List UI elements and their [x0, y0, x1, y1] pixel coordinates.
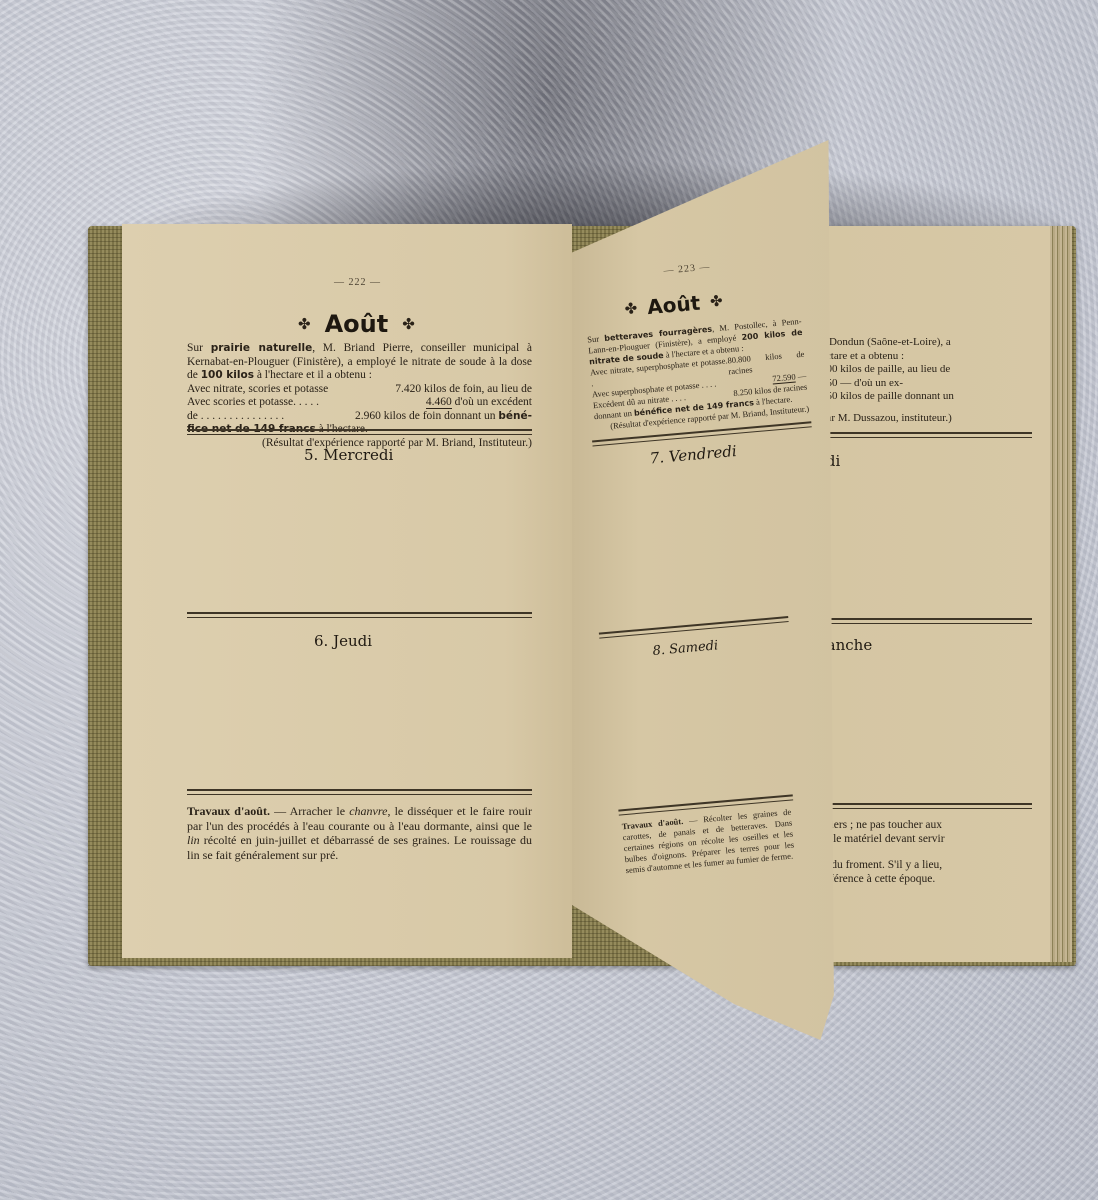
result-row: de . . . . . . . . . . . . . . .2.960 ki… — [187, 410, 532, 424]
double-rule — [599, 616, 789, 639]
travaux-paragraph: Travaux d'août. — Arracher le chanvre, l… — [187, 804, 532, 862]
month-heading: ✤ Août ✤ — [624, 289, 724, 321]
double-rule — [802, 618, 1032, 624]
month-title: Août — [646, 291, 701, 320]
folio: — 223 — — [663, 262, 711, 277]
double-rule — [802, 803, 1032, 809]
ornament-icon: ✤ — [298, 315, 311, 333]
ornament-icon: ✤ — [624, 299, 638, 318]
day-heading-samedi: 8. Samedi — [652, 638, 719, 659]
result-row: Avec scories et potasse. . . . .4.460 d'… — [187, 396, 532, 410]
day-heading-mercredi: 5. Mercredi — [304, 446, 393, 464]
ornament-icon: ✤ — [709, 292, 723, 311]
double-rule — [187, 429, 532, 435]
result-row: Avec nitrate, scories et potasse7.420 ki… — [187, 383, 532, 397]
turning-page[interactable]: — 223 — ✤ Août ✤ Sur betteraves fourragè… — [572, 140, 842, 1040]
left-page: — 222 — ✤ Août ✤ Sur prairie naturelle, … — [122, 224, 572, 958]
day-heading-vendredi: 7. Vendredi — [649, 442, 737, 468]
day-heading-jeudi: 6. Jeudi — [314, 632, 372, 650]
double-rule — [802, 432, 1032, 438]
month-heading: ✤ Août ✤ — [298, 310, 415, 338]
travaux-paragraph: Travaux d'août. — Récolter les graines d… — [621, 807, 795, 877]
experiment-fragment: …s-Dondun (Saône-et-Loire), a …ectare et… — [810, 336, 1030, 425]
experiment-paragraph: Sur betteraves fourragères, M. Postollec… — [587, 316, 810, 433]
page-edges — [1050, 226, 1072, 962]
month-title: Août — [325, 310, 389, 338]
ornament-icon: ✤ — [402, 315, 415, 333]
folio: — 222 — — [334, 277, 381, 288]
double-rule — [187, 789, 532, 795]
double-rule — [187, 612, 532, 618]
